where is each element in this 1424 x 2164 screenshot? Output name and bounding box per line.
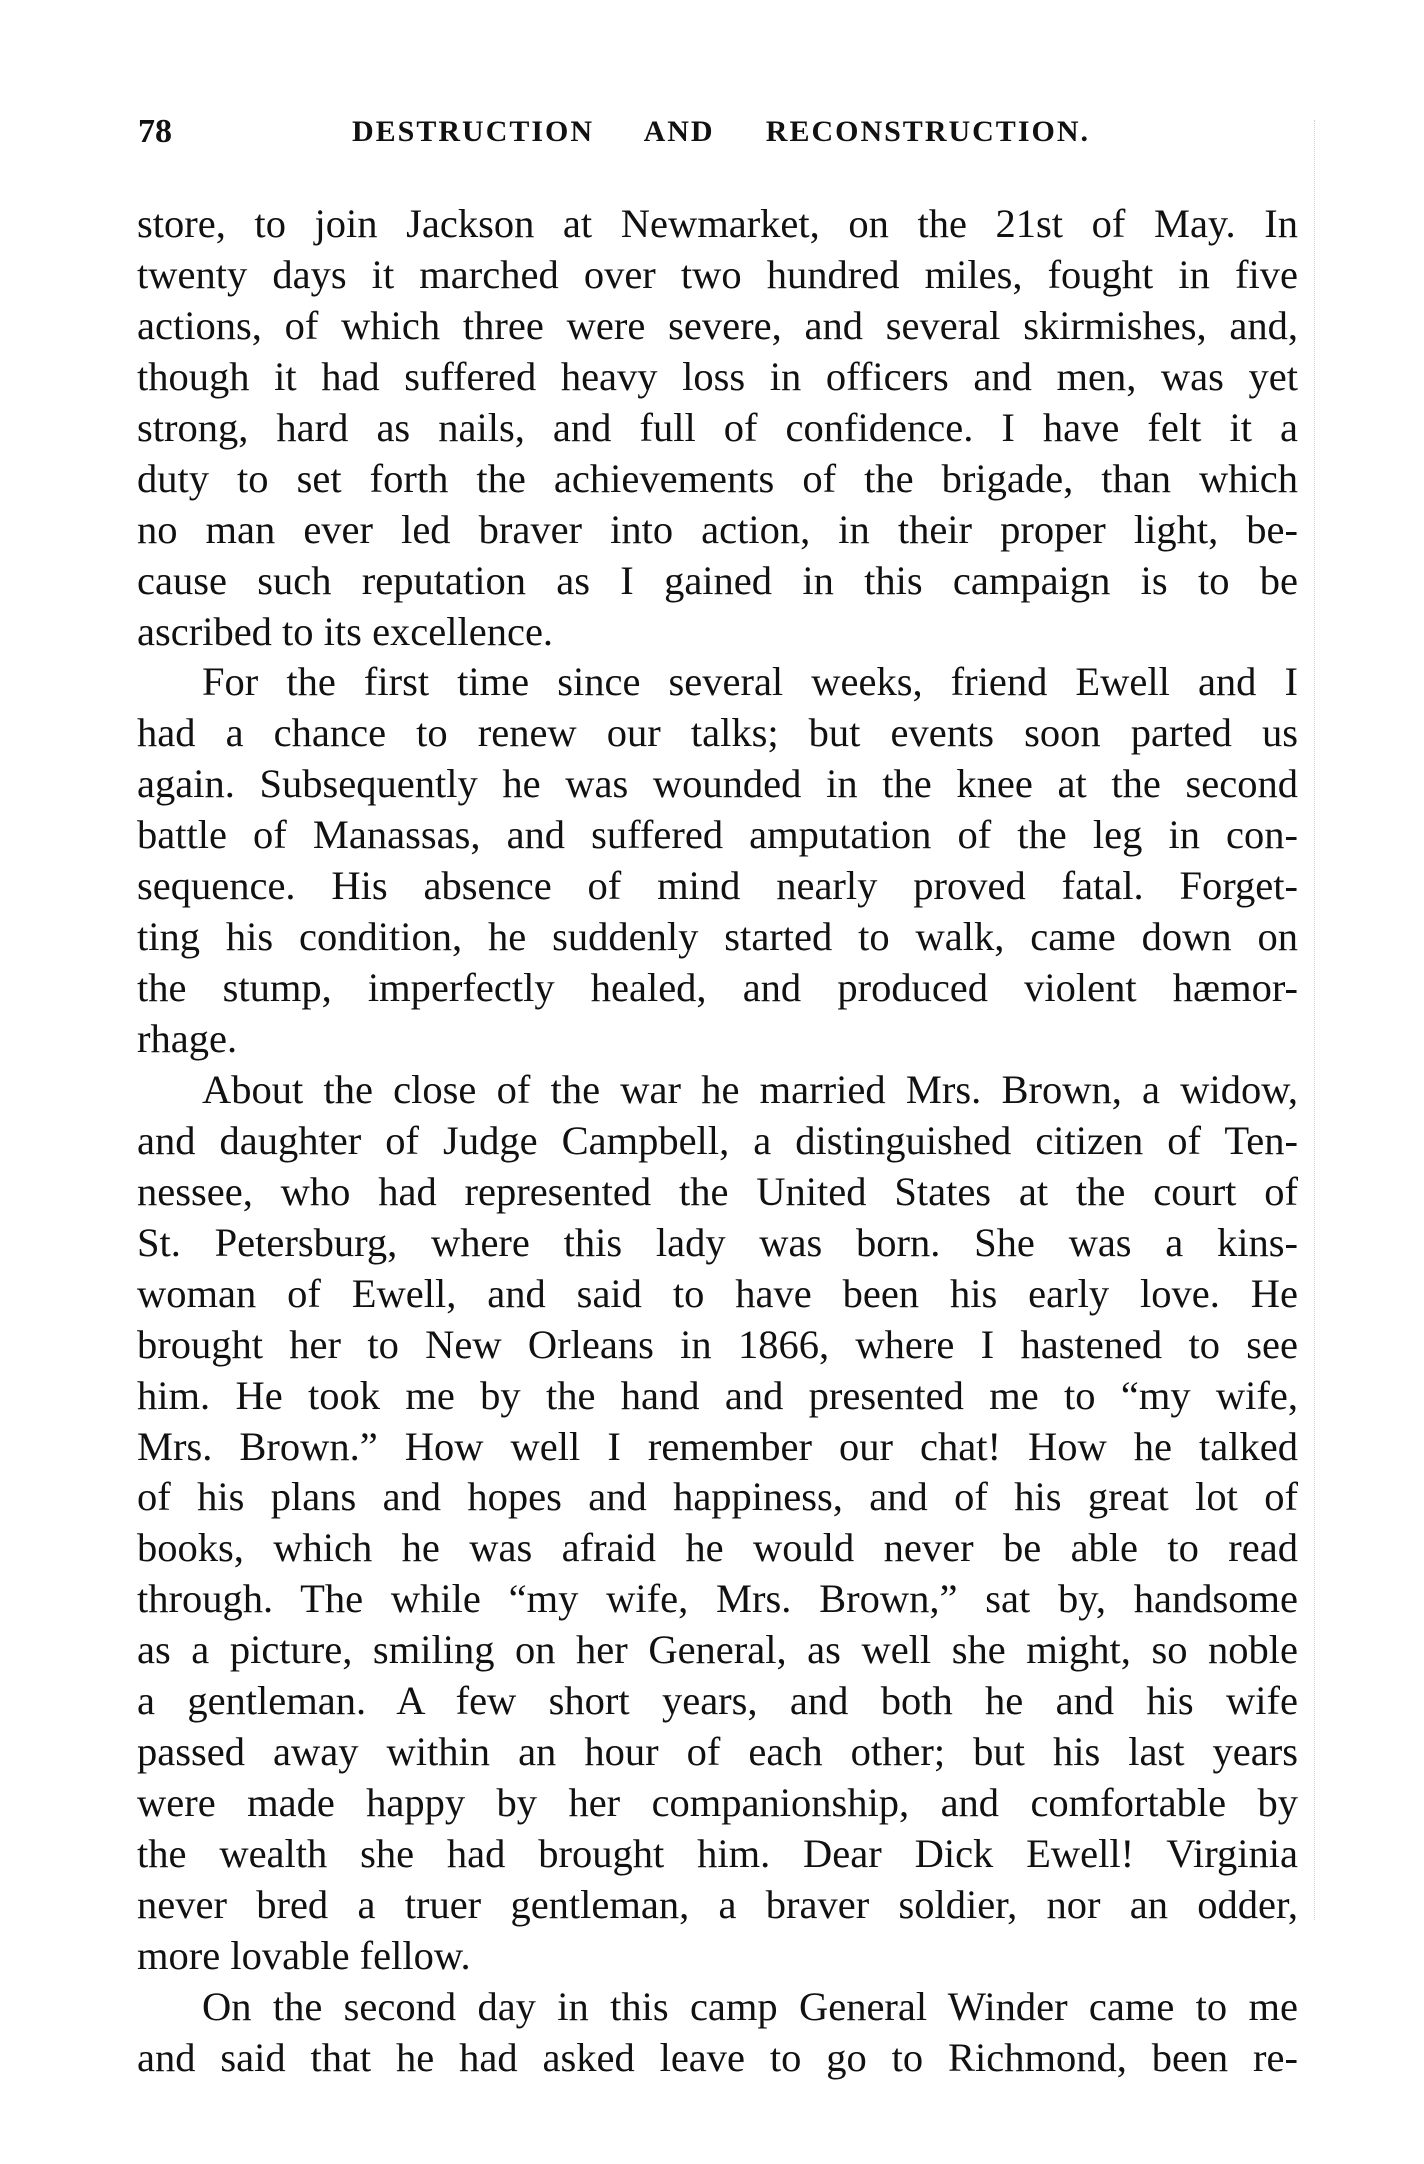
text-line: St. Petersburg, where this lady was born… xyxy=(137,1218,1298,1269)
text-line: sequence. His absence of mind nearly pro… xyxy=(137,861,1298,912)
paragraph-2: For the first time since several weeks, … xyxy=(137,657,1298,1065)
text-line: and daughter of Judge Campbell, a distin… xyxy=(137,1116,1298,1167)
text-line: ting his condition, he suddenly started … xyxy=(137,912,1298,963)
paragraph-1: store, to join Jackson at Newmarket, on … xyxy=(137,199,1298,657)
text-line: twenty days it marched over two hundred … xyxy=(137,250,1298,301)
text-line: cause such reputation as I gained in thi… xyxy=(137,556,1298,607)
text-line: books, which he was afraid he would neve… xyxy=(137,1523,1298,1574)
text-line: On the second day in this camp General W… xyxy=(137,1982,1298,2033)
text-line: and said that he had asked leave to go t… xyxy=(137,2033,1298,2084)
text-line: brought her to New Orleans in 1866, wher… xyxy=(137,1320,1298,1371)
text-line: store, to join Jackson at Newmarket, on … xyxy=(137,199,1298,250)
text-line: had a chance to renew our talks; but eve… xyxy=(137,708,1298,759)
body-text: store, to join Jackson at Newmarket, on … xyxy=(137,199,1298,2084)
scan-artifact xyxy=(1314,120,1315,1920)
text-line: a gentleman. A few short years, and both… xyxy=(137,1676,1298,1727)
running-title: DESTRUCTION AND RECONSTRUCTION. xyxy=(352,112,1090,152)
text-line: passed away within an hour of each other… xyxy=(137,1727,1298,1778)
text-line: were made happy by her companionship, an… xyxy=(137,1778,1298,1829)
text-line: duty to set forth the achievements of th… xyxy=(137,454,1298,505)
text-line: the stump, imperfectly healed, and produ… xyxy=(137,963,1298,1014)
book-page: 78 DESTRUCTION AND RECONSTRUCTION. store… xyxy=(0,0,1424,2164)
text-line: never bred a truer gentleman, a braver s… xyxy=(137,1880,1298,1931)
text-line: more lovable fellow. xyxy=(137,1931,1298,1982)
text-line: battle of Manassas, and suffered amputat… xyxy=(137,810,1298,861)
text-line: through. The while “my wife, Mrs. Brown,… xyxy=(137,1574,1298,1625)
paragraph-4: On the second day in this camp General W… xyxy=(137,1982,1298,2084)
text-line: as a picture, smiling on her General, as… xyxy=(137,1625,1298,1676)
paragraph-3: About the close of the war he married Mr… xyxy=(137,1065,1298,1982)
text-line: ascribed to its excellence. xyxy=(137,607,1298,658)
text-line: Mrs. Brown.” How well I remember our cha… xyxy=(137,1422,1298,1473)
text-line: rhage. xyxy=(137,1014,1298,1065)
text-line: strong, hard as nails, and full of confi… xyxy=(137,403,1298,454)
text-line: him. He took me by the hand and presente… xyxy=(137,1371,1298,1422)
text-line: actions, of which three were severe, and… xyxy=(137,301,1298,352)
text-line: nessee, who had represented the United S… xyxy=(137,1167,1298,1218)
text-line: the wealth she had brought him. Dear Dic… xyxy=(137,1829,1298,1880)
running-head: 78 DESTRUCTION AND RECONSTRUCTION. xyxy=(137,112,1298,152)
text-line: of his plans and hopes and happiness, an… xyxy=(137,1472,1298,1523)
text-line: woman of Ewell, and said to have been hi… xyxy=(137,1269,1298,1320)
text-line: no man ever led braver into action, in t… xyxy=(137,505,1298,556)
text-line: again. Subsequently he was wounded in th… xyxy=(137,759,1298,810)
text-line: About the close of the war he married Mr… xyxy=(137,1065,1298,1116)
text-line: though it had suffered heavy loss in off… xyxy=(137,352,1298,403)
text-line: For the first time since several weeks, … xyxy=(137,657,1298,708)
page-number: 78 xyxy=(138,112,172,152)
